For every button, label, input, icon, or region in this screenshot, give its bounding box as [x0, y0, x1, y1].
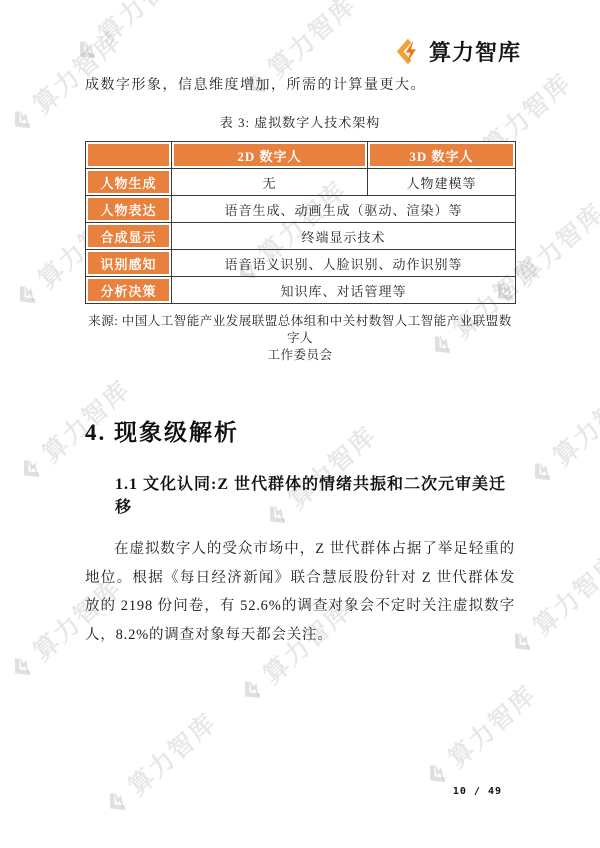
table-row: 人物生成 无 人物建模等 — [86, 169, 516, 196]
subsection-heading: 1.1 文化认同:Z 世代群体的情绪共振和二次元审美迁移 — [115, 471, 515, 517]
table-source: 来源: 中国人工智能产业发展联盟总体组和中关村数智人工智能产业联盟数字人 工作委… — [85, 313, 515, 364]
table-row: 分析决策 知识库、对话管理等 — [86, 277, 516, 304]
table-header-row: 2D 数字人 3D 数字人 — [86, 142, 516, 169]
tech-architecture-table: 2D 数字人 3D 数字人 人物生成 无 人物建模等 人物表达 语音生成、动画生… — [85, 141, 516, 304]
section-heading: 4. 现象级解析 — [85, 414, 515, 447]
intro-text: 成数字形象，信息维度增加，所需的计算量更大。 — [85, 76, 515, 96]
watermark: 算力智库 — [418, 676, 544, 794]
watermark-text: 算力智库 — [439, 676, 543, 775]
watermark-text: 算力智库 — [119, 704, 223, 803]
document-page: 算力智库算力智库算力智库算力智库算力智库算力智库算力智库算力智库算力智库算力智库… — [0, 0, 600, 848]
table-cell: 语音语义识别、人脸识别、动作识别等 — [172, 250, 516, 277]
table-row-label: 识别感知 — [86, 250, 172, 277]
table-cell: 人物建模等 — [368, 169, 516, 196]
table-row-label: 人物表达 — [86, 196, 172, 223]
table-row: 识别感知 语音语义识别、人脸识别、动作识别等 — [86, 250, 516, 277]
brand-logo: 算力智库 — [85, 36, 521, 66]
table-col-header-3d: 3D 数字人 — [368, 142, 516, 169]
watermark: 算力智库 — [98, 704, 224, 822]
table-cell: 无 — [172, 169, 368, 196]
watermark-logo-icon — [237, 672, 271, 706]
table-source-line2: 工作委员会 — [85, 347, 515, 364]
table-row-label: 合成显示 — [86, 223, 172, 250]
brand-logo-icon — [396, 38, 423, 65]
table-source-line1: 来源: 中国人工智能产业发展联盟总体组和中关村数智人工智能产业联盟数字人 — [85, 313, 515, 347]
watermark-logo-icon — [422, 756, 456, 790]
table-row-label: 人物生成 — [86, 169, 172, 196]
table-col-header-2d: 2D 数字人 — [172, 142, 368, 169]
watermark-logo-icon — [7, 649, 41, 683]
table-cell: 语音生成、动画生成（驱动、渲染）等 — [172, 196, 516, 223]
brand-logo-text: 算力智库 — [429, 36, 521, 67]
body-paragraph: 在虚拟数字人的受众市场中，Z 世代群体占据了举足轻重的地位。根据《每日经济新闻》… — [85, 535, 515, 649]
table-cell: 终端显示技术 — [172, 223, 516, 250]
table-cell: 知识库、对话管理等 — [172, 277, 516, 304]
table-row-label: 分析决策 — [86, 277, 172, 304]
table-row: 人物表达 语音生成、动画生成（驱动、渲染）等 — [86, 196, 516, 223]
table-caption: 表 3: 虚拟数字人技术架构 — [85, 112, 515, 131]
table-corner-cell — [86, 142, 172, 169]
table-row: 合成显示 终端显示技术 — [86, 223, 516, 250]
page-number: 10 / 49 — [453, 786, 502, 797]
watermark-logo-icon — [102, 784, 136, 818]
